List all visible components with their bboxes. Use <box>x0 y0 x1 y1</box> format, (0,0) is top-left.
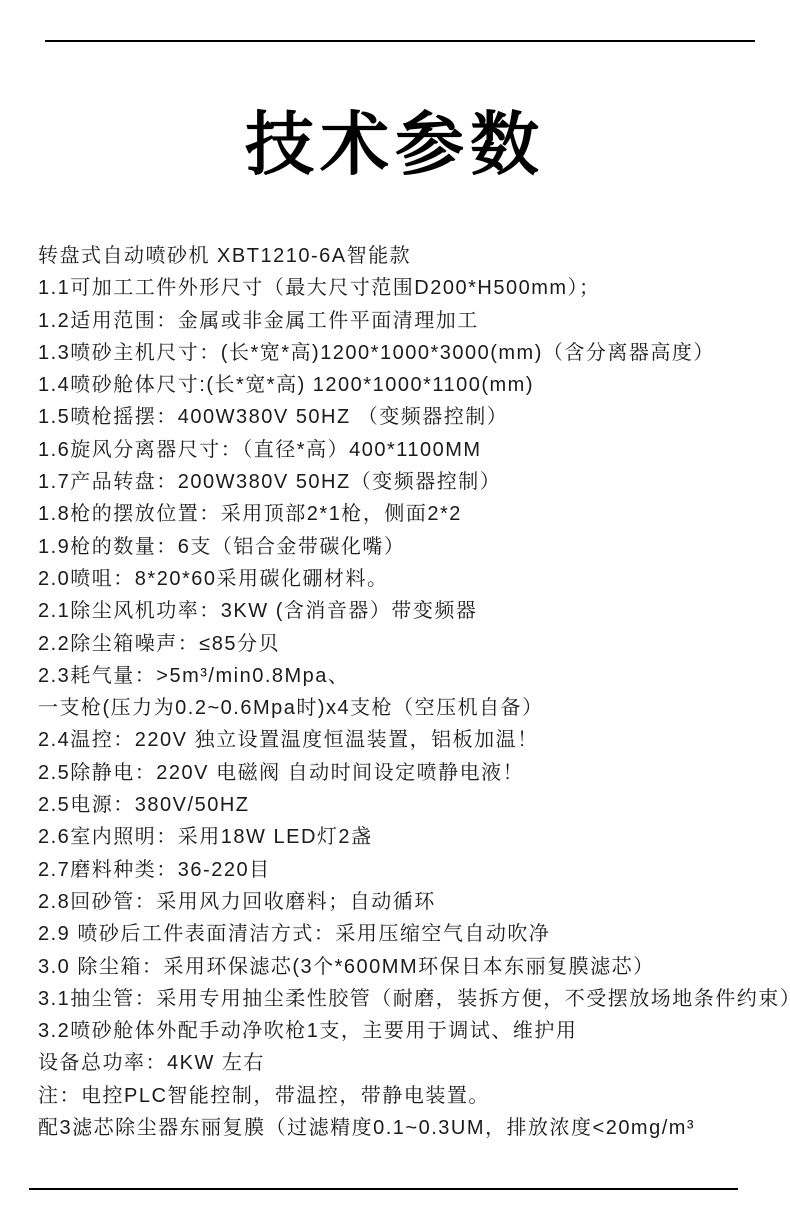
spec-line: 1.7产品转盘：200W380V 50HZ（变频器控制） <box>38 466 786 498</box>
spec-line: 1.1可加工工件外形尺寸（最大尺寸范围D200*H500mm）； <box>38 272 786 304</box>
top-divider <box>45 40 755 42</box>
spec-line: 1.3喷砂主机尺寸：(长*宽*高)1200*1000*3000(mm)（含分离器… <box>38 337 786 369</box>
spec-line: 2.6室内照明：采用18W LED灯2盏 <box>38 821 786 853</box>
spec-line: 转盘式自动喷砂机 XBT1210-6A智能款 <box>38 240 786 272</box>
spec-line: 1.5喷枪摇摆：400W380V 50HZ （变频器控制） <box>38 401 786 433</box>
spec-line: 2.9 喷砂后工件表面清洁方式：采用压缩空气自动吹净 <box>38 918 786 950</box>
spec-line: 2.3耗气量：>5m³/min0.8Mpa、 <box>38 660 786 692</box>
spec-line: 2.5电源：380V/50HZ <box>38 789 786 821</box>
spec-line: 1.2适用范围：金属或非金属工件平面清理加工 <box>38 305 786 337</box>
spec-line: 2.8回砂管：采用风力回收磨料；自动循环 <box>38 886 786 918</box>
spec-list: 转盘式自动喷砂机 XBT1210-6A智能款1.1可加工工件外形尺寸（最大尺寸范… <box>38 240 786 1144</box>
page-title: 技术参数 <box>0 102 790 188</box>
spec-line: 1.4喷砂舱体尺寸:(长*宽*高) 1200*1000*1100(mm) <box>38 369 786 401</box>
spec-line: 1.6旋风分离器尺寸：（直径*高）400*1100MM <box>38 434 786 466</box>
document-page: 技术参数 转盘式自动喷砂机 XBT1210-6A智能款1.1可加工工件外形尺寸（… <box>0 0 790 1227</box>
spec-line: 3.2喷砂舱体外配手动净吹枪1支，主要用于调试、维护用 <box>38 1015 786 1047</box>
spec-line: 1.8枪的摆放位置：采用顶部2*1枪，侧面2*2 <box>38 498 786 530</box>
spec-line: 1.9枪的数量：6支（铝合金带碳化嘴） <box>38 531 786 563</box>
spec-line: 2.0喷咀：8*20*60采用碳化硼材料。 <box>38 563 786 595</box>
spec-line: 2.2除尘箱噪声：≤85分贝 <box>38 628 786 660</box>
spec-line: 2.4温控：220V 独立设置温度恒温装置，铝板加温！ <box>38 724 786 756</box>
bottom-divider <box>29 1188 738 1190</box>
spec-line: 设备总功率：4KW 左右 <box>38 1047 786 1079</box>
spec-line: 3.1抽尘管：采用专用抽尘柔性胶管（耐磨，装拆方便，不受摆放场地条件约束） <box>38 983 786 1015</box>
spec-line: 2.1除尘风机功率：3KW (含消音器）带变频器 <box>38 595 786 627</box>
spec-line: 2.7磨料种类：36-220目 <box>38 854 786 886</box>
spec-line: 2.5除静电：220V 电磁阀 自动时间设定喷静电液！ <box>38 757 786 789</box>
spec-line: 注：电控PLC智能控制，带温控，带静电装置。 <box>38 1080 786 1112</box>
spec-line: 配3滤芯除尘器东丽复膜（过滤精度0.1~0.3UM，排放浓度<20mg/m³ <box>38 1112 786 1144</box>
spec-line: 3.0 除尘箱：采用环保滤芯(3个*600MM环保日本东丽复膜滤芯） <box>38 951 786 983</box>
spec-line: 一支枪(压力为0.2~0.6Mpa时)x4支枪（空压机自备） <box>38 692 786 724</box>
